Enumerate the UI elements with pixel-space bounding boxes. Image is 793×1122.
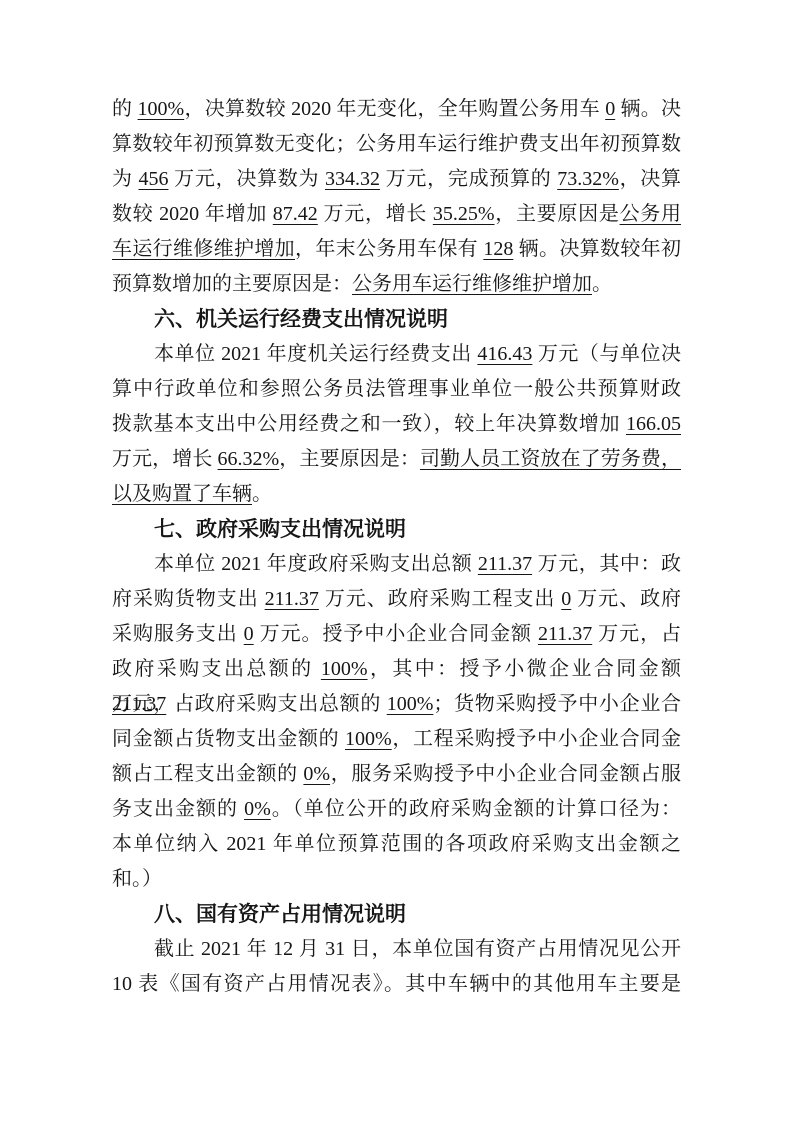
text-run: 本单位纳入 2021 年单位预算范围的各项政府采购支出金额之 xyxy=(112,833,681,855)
section-heading-8: 八、国有资产占用情况说明 xyxy=(112,897,681,932)
text-run: 万元，决算数为 xyxy=(168,168,325,190)
document-body: 的 100%，决算数较 2020 年无变化，全年购置公务用车 0 辆。决算数较年… xyxy=(112,92,681,1002)
text-run: 为 xyxy=(112,168,138,190)
text-run: 拨款基本支出中公用经费之和一致），较上年决算数增加 xyxy=(112,413,626,435)
body-text-line: 本单位纳入 2021 年单位预算范围的各项政府采购支出金额之 xyxy=(112,827,681,862)
text-run: 八、国有资产占用情况说明 xyxy=(154,903,406,926)
text-run: 万元，增长 xyxy=(318,203,433,225)
text-run: 同金额占货物支出金额的 xyxy=(112,728,345,750)
text-run: 数较 2020 年增加 xyxy=(112,203,273,225)
underlined-value: 0% xyxy=(244,798,271,820)
text-run: 10 表《国有资产占用情况表》。其中车辆中的其他用车主要是 xyxy=(112,973,681,995)
text-run: 截止 2021 年 12 月 31 日，本单位国有资产占用情况见公开 xyxy=(154,938,681,960)
text-run: ，主要原因是： xyxy=(279,448,420,470)
underlined-value: 128 xyxy=(483,238,513,260)
body-text-line: 万元，增长 66.32%，主要原因是：司勤人员工资放在了劳务费， xyxy=(112,442,681,477)
text-run: 万元。授予中小企业合同金额 xyxy=(254,623,538,645)
body-text-line: 额占工程支出金额的 0%，服务采购授予中小企业合同金额占服 xyxy=(112,757,681,792)
text-run: 万元、政府采购工程支出 xyxy=(319,588,561,610)
body-text-line: 算中行政单位和参照公务员法管理事业单位一般公共预算财政 xyxy=(112,372,681,407)
underlined-value: 100% xyxy=(387,693,434,715)
text-run: 额占工程支出金额的 xyxy=(112,763,303,785)
text-run: ；货物采购授予中小企业合 xyxy=(433,693,681,715)
underlined-value: 100% xyxy=(345,728,392,750)
text-run: 万元，占 xyxy=(592,623,681,645)
text-run: 。（单位公开的政府采购金额的计算口径为： xyxy=(271,798,681,820)
text-run: ，年末公务用车保有 xyxy=(295,238,483,260)
underlined-value: 0% xyxy=(303,763,330,785)
underlined-value: 66.32% xyxy=(218,448,280,470)
text-run: 辆。决算数较年初 xyxy=(513,238,681,260)
text-run: 的 xyxy=(112,98,138,120)
body-text-line: 本单位 2021 年度机关运行经费支出 416.43 万元（与单位决 xyxy=(112,337,681,372)
body-text-line: 的 100%，决算数较 2020 年无变化，全年购置公务用车 0 辆。决 xyxy=(112,92,681,127)
underlined-value: 0 xyxy=(561,588,571,610)
underlined-value: 456 xyxy=(138,168,168,190)
text-run: 万元，其中：政 xyxy=(532,553,681,575)
underlined-value: 73.32% xyxy=(557,168,619,190)
underlined-value: 416.43 xyxy=(477,343,532,365)
body-text-line: 为 456 万元，决算数为 334.32 万元，完成预算的 73.32%，决算 xyxy=(112,162,681,197)
underlined-value: 100% xyxy=(321,658,368,680)
text-run: 。 xyxy=(592,273,612,295)
text-run: 万元，增长 xyxy=(112,448,218,470)
body-text-line: 预算数增加的主要原因是：公务用车运行维修维护增加。 xyxy=(112,267,681,302)
text-run: 府采购货物支出 xyxy=(112,588,265,610)
underlined-value: 司勤人员工资放在了劳务费， xyxy=(420,448,681,470)
text-run: ，主要原因是 xyxy=(495,203,620,225)
body-text-line: 万元，占政府采购支出总额的 100%；货物采购授予中小企业合 xyxy=(112,687,681,722)
text-run: ，决算数较 2020 年无变化，全年购置公务用车 xyxy=(184,98,605,120)
body-text-line: 采购服务支出 0 万元。授予中小企业合同金额 211.37 万元，占 xyxy=(112,617,681,652)
text-run: ，工程采购授予中小企业合同金 xyxy=(392,728,681,750)
underlined-value: 211.37 xyxy=(265,588,319,610)
text-run: 政府采购支出总额的 xyxy=(112,658,321,680)
body-text-line: 车运行维修维护增加，年末公务用车保有 128 辆。决算数较年初 xyxy=(112,232,681,267)
underlined-value: 以及购置了车辆 xyxy=(112,483,252,505)
underlined-value: 公务用 xyxy=(620,203,681,225)
text-run: ，决算 xyxy=(619,168,681,190)
body-text-line: 数较 2020 年增加 87.42 万元，增长 35.25%，主要原因是公务用 xyxy=(112,197,681,232)
body-text-line: 政府采购支出总额的 100%，其中：授予小微企业合同金额 211.37 xyxy=(112,652,681,687)
body-text-line: 拨款基本支出中公用经费之和一致），较上年决算数增加 166.05 xyxy=(112,407,681,442)
underlined-value: 211.37 xyxy=(478,553,532,575)
text-run: 万元、政府 xyxy=(571,588,681,610)
section-heading-6: 六、机关运行经费支出情况说明 xyxy=(112,302,681,337)
text-run: 本单位 2021 年度政府采购支出总额 xyxy=(154,553,478,575)
section-heading-7: 七、政府采购支出情况说明 xyxy=(112,512,681,547)
text-run: ，服务采购授予中小企业合同金额占服 xyxy=(330,763,681,785)
underlined-value: 100% xyxy=(138,98,185,120)
text-run: 预算数增加的主要原因是： xyxy=(112,273,352,295)
text-run: 和。） xyxy=(112,868,162,890)
underlined-value: 166.05 xyxy=(626,413,681,435)
text-run: 本单位 2021 年度机关运行经费支出 xyxy=(154,343,477,365)
underlined-value: 公务用车运行维修维护增加 xyxy=(352,273,592,295)
underlined-value: 87.42 xyxy=(273,203,318,225)
text-run: 算中行政单位和参照公务员法管理事业单位一般公共预算财政 xyxy=(112,378,681,400)
body-text-line: 和。） xyxy=(112,862,681,897)
underlined-value: 0 xyxy=(244,623,254,645)
body-text-line: 10 表《国有资产占用情况表》。其中车辆中的其他用车主要是 xyxy=(112,967,681,1002)
text-run: 六、机关运行经费支出情况说明 xyxy=(154,308,448,331)
text-run: 算数较年初预算数无变化；公务用车运行维护费支出年初预算数 xyxy=(112,133,681,155)
text-run: 。 xyxy=(252,483,272,505)
text-run: 辆。决 xyxy=(615,98,681,120)
underlined-value: 车运行维修维护增加 xyxy=(112,238,295,260)
body-text-line: 本单位 2021 年度政府采购支出总额 211.37 万元，其中：政 xyxy=(112,547,681,582)
text-run: 万元，完成预算的 xyxy=(380,168,557,190)
text-run: 采购服务支出 xyxy=(112,623,244,645)
underlined-value: 211.37 xyxy=(538,623,592,645)
body-text-line: 务支出金额的 0%。（单位公开的政府采购金额的计算口径为： xyxy=(112,792,681,827)
body-text-line: 同金额占货物支出金额的 100%，工程采购授予中小企业合同金 xyxy=(112,722,681,757)
text-run: 七、政府采购支出情况说明 xyxy=(154,518,406,541)
body-text-line: 府采购货物支出 211.37 万元、政府采购工程支出 0 万元、政府 xyxy=(112,582,681,617)
document-page: 的 100%，决算数较 2020 年无变化，全年购置公务用车 0 辆。决算数较年… xyxy=(0,0,793,1122)
underlined-value: 35.25% xyxy=(433,203,495,225)
body-text-line: 以及购置了车辆。 xyxy=(112,477,681,512)
text-run: 务支出金额的 xyxy=(112,798,244,820)
underlined-value: 334.32 xyxy=(325,168,380,190)
text-run: 万元（与单位决 xyxy=(532,343,681,365)
body-text-line: 截止 2021 年 12 月 31 日，本单位国有资产占用情况见公开 xyxy=(112,932,681,967)
text-run: 万元，占政府采购支出总额的 xyxy=(112,693,387,715)
text-run: ，其中：授予小微企业合同金额 xyxy=(368,658,681,680)
underlined-value: 0 xyxy=(605,98,615,120)
body-text-line: 算数较年初预算数无变化；公务用车运行维护费支出年初预算数 xyxy=(112,127,681,162)
